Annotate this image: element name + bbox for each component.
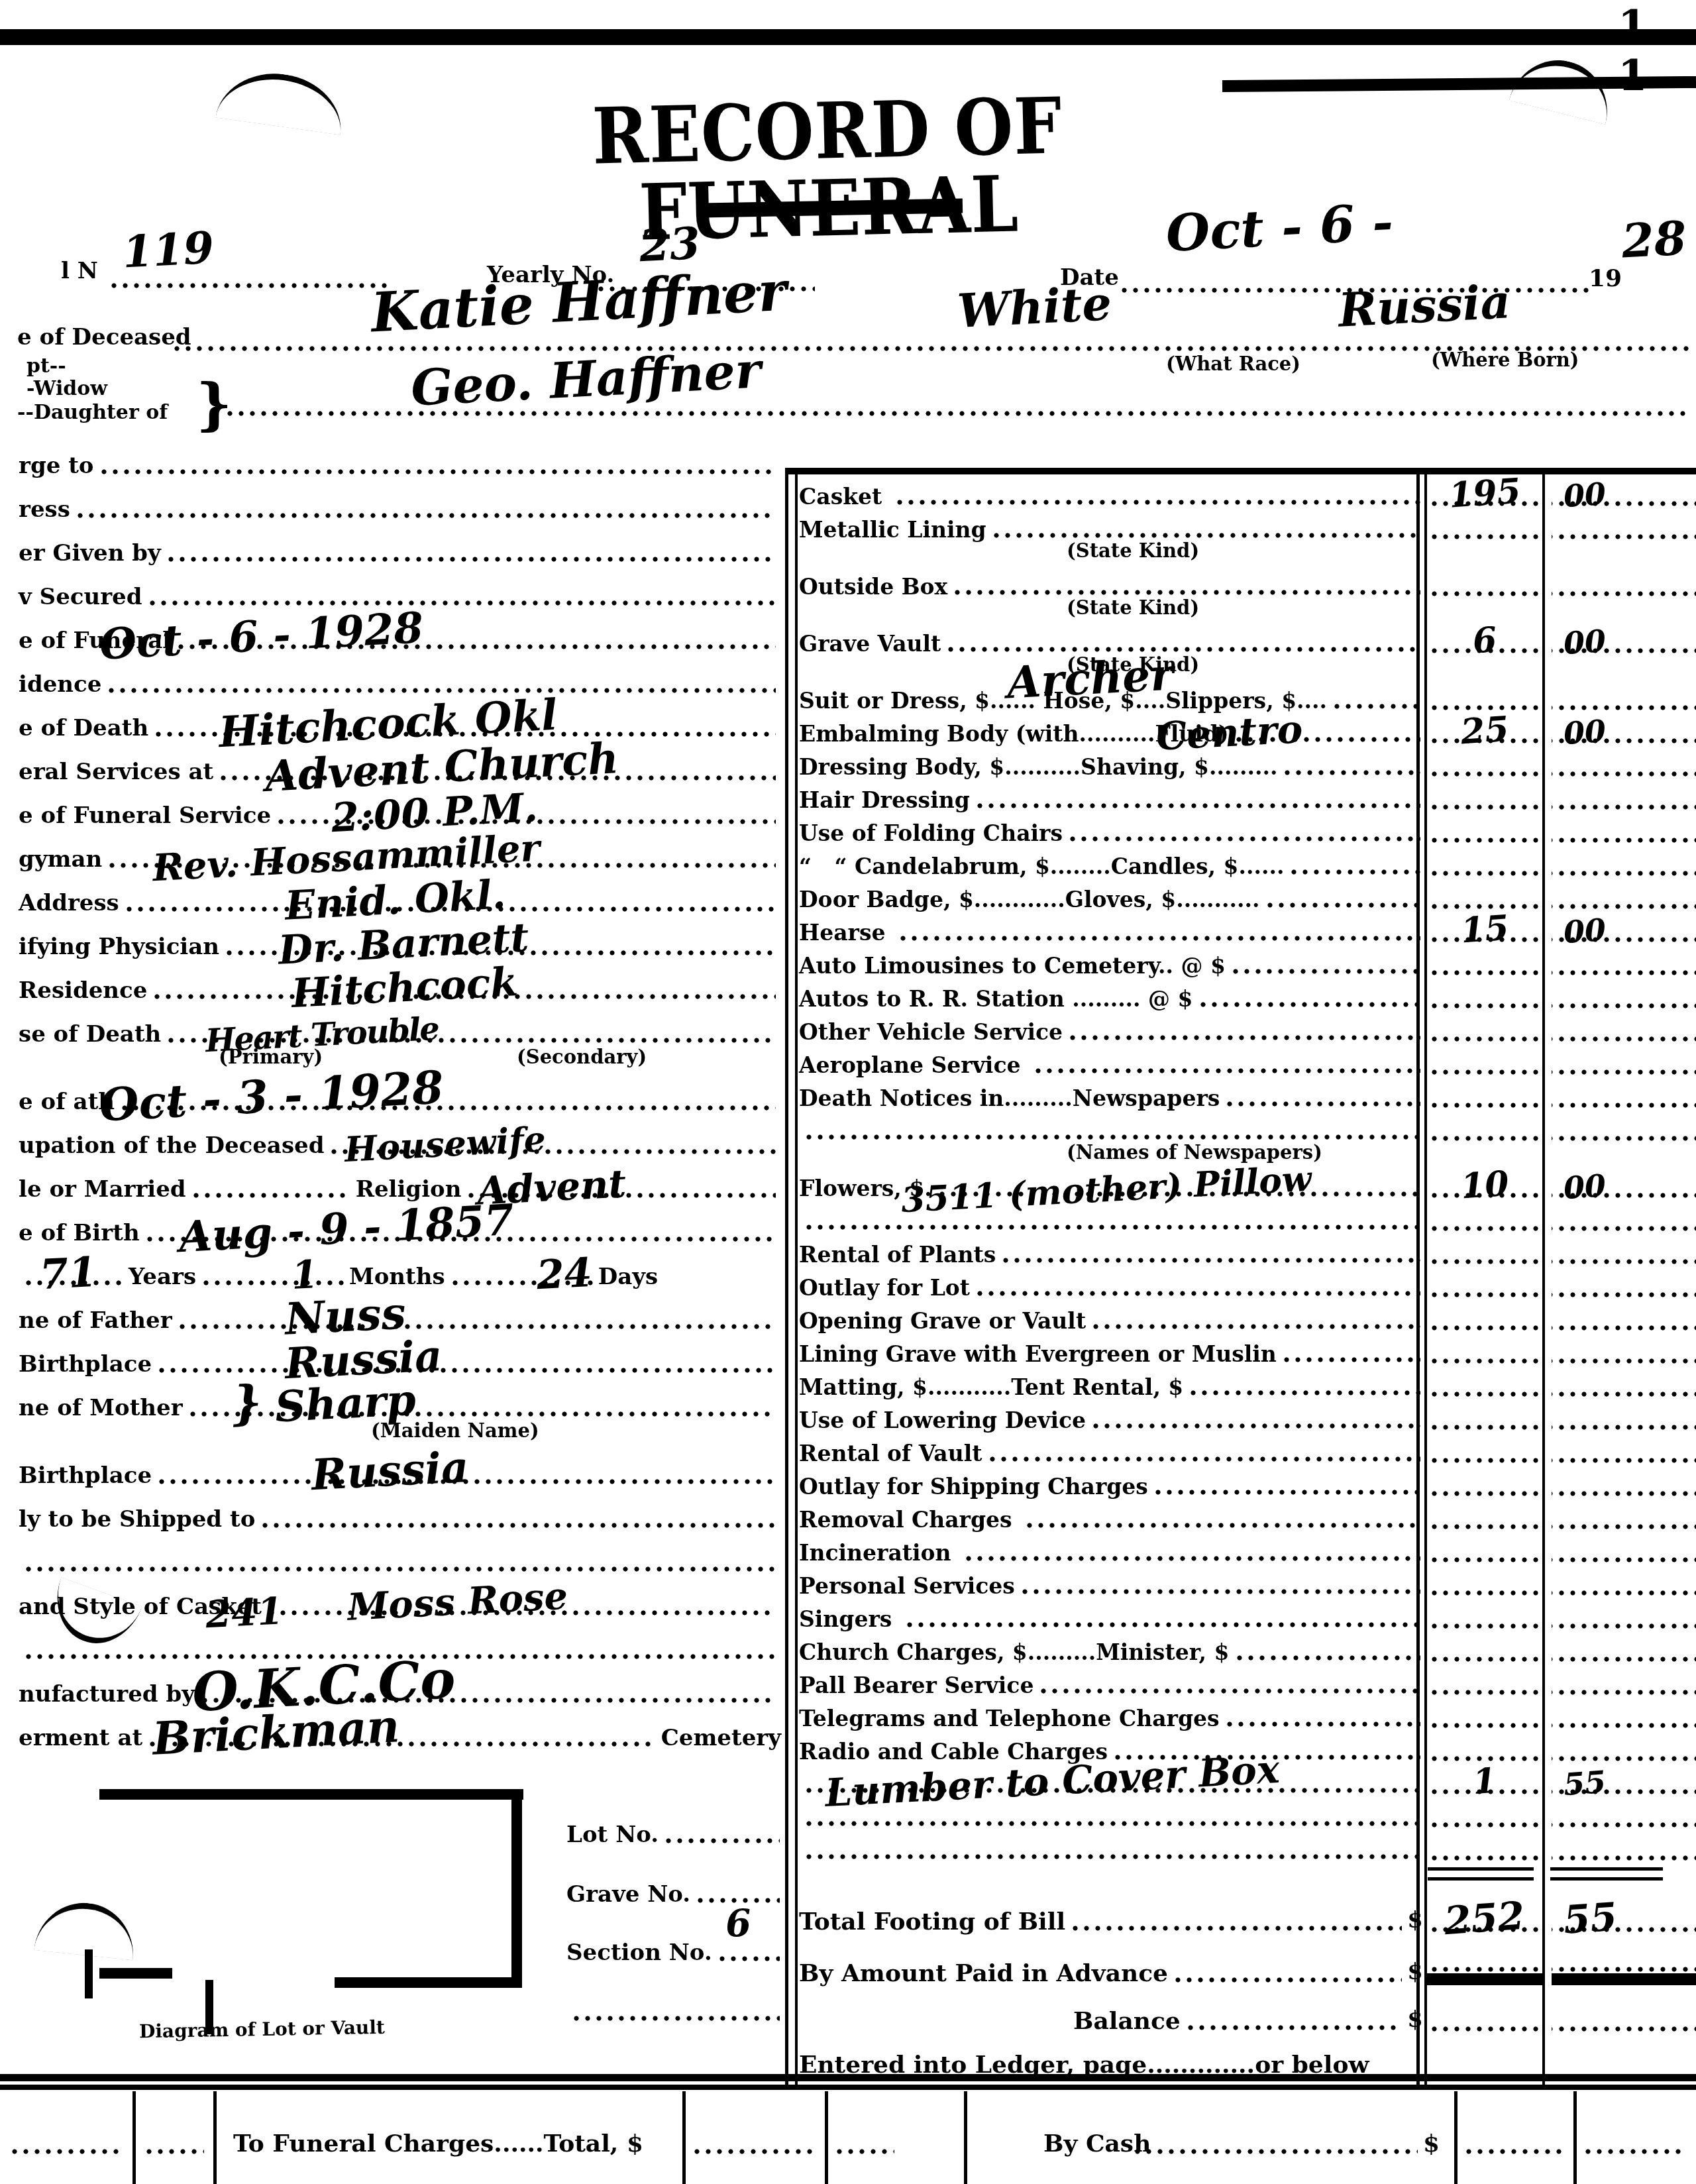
cents-column-rule bbox=[1542, 474, 1545, 2087]
dotted-leader bbox=[148, 599, 776, 607]
dotted-leader bbox=[692, 2148, 815, 2156]
dotted-leader bbox=[898, 934, 1420, 942]
diagram-line bbox=[99, 1968, 172, 1979]
charge-row: Outside Box (State Kind) bbox=[788, 565, 1696, 622]
field-physician-residence: ResidenceHitchcock bbox=[0, 958, 785, 1002]
field-date-of-funeral: e of FuneralOct - 6 - 1928 bbox=[0, 608, 785, 652]
dollars-cell bbox=[1426, 877, 1544, 910]
dollars-cell: 252 bbox=[1426, 1900, 1544, 1934]
total-cents: 55 bbox=[1562, 1901, 1618, 1936]
cell-divider bbox=[132, 2091, 136, 2184]
cents-cell: 55 bbox=[1552, 1763, 1696, 1796]
charge-line: Telegrams and Telephone Charges bbox=[788, 1696, 1696, 1729]
cents-value: 00 bbox=[1563, 719, 1607, 746]
dotted-leader bbox=[664, 1837, 780, 1845]
advance-label: By Amount Paid in Advance bbox=[788, 1961, 1168, 1985]
section-no-value: 6 bbox=[725, 1906, 753, 1941]
cents-cell bbox=[1552, 1010, 1696, 1043]
charge-line: Use of Folding Chairs bbox=[788, 811, 1696, 844]
dotted-leader bbox=[1283, 769, 1420, 777]
dollars-cell: 195 bbox=[1426, 474, 1544, 508]
field-address: ress bbox=[0, 477, 785, 521]
charge-label: Outlay for Shipping Charges bbox=[788, 1476, 1148, 1498]
charge-label: Rental of Plants bbox=[788, 1244, 996, 1266]
dollars-cell bbox=[1426, 2000, 1544, 2033]
dotted-leader bbox=[1025, 1521, 1420, 1529]
charge-line: Grave Vault 6 00 bbox=[788, 622, 1696, 655]
charge-row: Casket 195 00 bbox=[788, 474, 1696, 508]
dotted-leader bbox=[953, 588, 1420, 596]
cents-cell bbox=[1552, 1332, 1696, 1365]
yearly-no-value: 23 bbox=[639, 224, 702, 266]
cell-divider bbox=[964, 2091, 967, 2184]
scanned-funeral-record: 1 1 RECORD OF FUNERAL l N 119 Yearly No.… bbox=[0, 0, 1696, 2184]
charge-label: Dressing Body, $..........Shaving, $....… bbox=[788, 756, 1277, 778]
cents-cell bbox=[1552, 1464, 1696, 1498]
total-label: Total Footing of Bill bbox=[788, 1910, 1065, 1934]
dollars-cell: 6 bbox=[1426, 622, 1544, 655]
dotted-leader bbox=[1068, 1034, 1420, 1042]
cents-cell bbox=[1552, 1696, 1696, 1729]
column-rule bbox=[795, 474, 798, 2087]
cell-divider bbox=[682, 2091, 686, 2184]
dollars-value: 15 bbox=[1459, 914, 1509, 946]
balance-label: Balance bbox=[788, 2009, 1181, 2033]
dotted-leader bbox=[895, 498, 1420, 506]
dotted-leader bbox=[1225, 1100, 1420, 1108]
field-label: se of Death bbox=[19, 1023, 161, 1046]
dotted-leader bbox=[24, 1565, 776, 1573]
dollars-cell bbox=[1426, 1729, 1544, 1763]
field-mother-birthplace: BirthplaceRussia bbox=[0, 1443, 785, 1487]
dollars-cell bbox=[1426, 778, 1544, 811]
dotted-leader bbox=[144, 2148, 204, 2156]
charge-line: Singers bbox=[788, 1597, 1696, 1630]
charge-label: Church Charges, $.........Minister, $ bbox=[788, 1641, 1230, 1663]
dotted-leader bbox=[1153, 1488, 1420, 1496]
charge-line bbox=[788, 1109, 1696, 1142]
field-clergyman: gymanRev. Hossammiller bbox=[0, 827, 785, 871]
charge-handwritten: Archer bbox=[1006, 655, 1175, 702]
field-label: Address bbox=[19, 892, 119, 914]
field-label: erment at bbox=[19, 1727, 142, 1749]
dotted-leader bbox=[1265, 901, 1420, 909]
field-place-of-death: e of DeathHitchcock Okl bbox=[0, 696, 785, 739]
field-order-given-by: er Given by bbox=[0, 521, 785, 565]
charge-line: Other Vehicle Service bbox=[788, 1010, 1696, 1043]
dollars-cell bbox=[1426, 1109, 1544, 1142]
charge-label: Pall Bearer Service bbox=[788, 1674, 1033, 1696]
scan-artifact-mark bbox=[85, 1949, 93, 1998]
charge-label: Incineration bbox=[788, 1542, 959, 1564]
dollars-cell bbox=[1426, 1498, 1544, 1531]
charge-row: Suit or Dress, $...... Hose, $....Slippe… bbox=[788, 679, 1696, 712]
field-name-of-father: ne of FatherNuss bbox=[0, 1288, 785, 1332]
charge-label: Matting, $...........Tent Rental, $ bbox=[788, 1376, 1183, 1398]
dotted-leader bbox=[76, 512, 776, 519]
charge-line: Incineration bbox=[788, 1531, 1696, 1564]
dollars-cell bbox=[1426, 1564, 1544, 1597]
charge-line: Church Charges, $.........Minister, $ bbox=[788, 1630, 1696, 1663]
charge-label: “ “ Candelabrum, $........Candles, $....… bbox=[788, 855, 1284, 877]
field-label: idence bbox=[19, 673, 101, 696]
form-title: RECORD OF FUNERAL bbox=[426, 83, 1231, 256]
name-of-deceased-label: e of Deceased bbox=[17, 326, 191, 349]
charge-row: Outlay for Shipping Charges bbox=[788, 1464, 1696, 1498]
charge-label: Auto Limousines to Cemetery.. @ $ bbox=[788, 955, 1226, 977]
charge-line: “ “ Candelabrum, $........Candles, $....… bbox=[788, 844, 1696, 877]
charge-line bbox=[788, 1829, 1696, 1862]
dollars-cell bbox=[1426, 1076, 1544, 1109]
charge-row: Auto Limousines to Cemetery.. @ $ bbox=[788, 944, 1696, 977]
field-label: ifying Physician bbox=[19, 936, 219, 958]
dollars-cell bbox=[1426, 977, 1544, 1010]
charge-row: Telegrams and Telephone Charges bbox=[788, 1696, 1696, 1729]
charge-line: Use of Lowering Device bbox=[788, 1398, 1696, 1431]
charge-row: Use of Folding Chairs bbox=[788, 811, 1696, 844]
charge-line: Hair Dressing bbox=[788, 778, 1696, 811]
charge-row: Hearse 15 00 bbox=[788, 910, 1696, 944]
dollars-cell bbox=[1426, 811, 1544, 844]
charge-label: Casket bbox=[788, 486, 890, 508]
charge-label: Rental of Vault bbox=[788, 1443, 982, 1464]
field-label: Birthplace bbox=[19, 1464, 152, 1487]
dotted-leader bbox=[260, 1521, 776, 1529]
cents-cell bbox=[1552, 1109, 1696, 1142]
charge-label: Telegrams and Telephone Charges bbox=[788, 1708, 1220, 1729]
field-label: Residence bbox=[19, 979, 147, 1002]
dotted-leader bbox=[572, 2014, 780, 2022]
dotted-leader bbox=[804, 1133, 1420, 1141]
charge-line: Personal Services bbox=[788, 1564, 1696, 1597]
charge-caption: (State Kind) bbox=[788, 598, 1696, 622]
dollars-value: 1 bbox=[1471, 1767, 1497, 1796]
charge-label: Door Badge, $............Gloves, $......… bbox=[788, 889, 1260, 910]
charge-label: Personal Services bbox=[788, 1575, 1015, 1597]
dotted-leader bbox=[1039, 1687, 1420, 1695]
charge-line: Suit or Dress, $...... Hose, $....Slippe… bbox=[788, 679, 1696, 712]
field-label: e of Funeral Service bbox=[19, 804, 271, 827]
field-label: rge to bbox=[19, 455, 94, 477]
dotted-leader bbox=[10, 2148, 123, 2156]
dotted-leader bbox=[1071, 1924, 1402, 1932]
dotted-leader bbox=[975, 802, 1420, 810]
cents-cell bbox=[1552, 1829, 1696, 1862]
cents-cell bbox=[1552, 565, 1696, 598]
field-funeral-services-at: eral Services atAdvent Church bbox=[0, 739, 785, 783]
dotted-leader bbox=[905, 1621, 1420, 1629]
dollars-cell bbox=[1426, 1266, 1544, 1299]
date-year-value: 28 bbox=[1620, 217, 1687, 262]
charge-line: Lining Grave with Evergreen or Muslin bbox=[788, 1332, 1696, 1365]
charge-label: Outside Box bbox=[788, 576, 947, 598]
dotted-leader bbox=[166, 555, 776, 563]
cents-cell: 00 bbox=[1552, 622, 1696, 655]
cents-cell bbox=[1552, 1266, 1696, 1299]
dotted-leader bbox=[1173, 1976, 1402, 1984]
ledger-row: Entered into Ledger, page.............or… bbox=[788, 2033, 1696, 2077]
dotted-leader bbox=[988, 1455, 1421, 1463]
charge-label: Outlay for Lot bbox=[788, 1277, 970, 1299]
cents-cell bbox=[1552, 1729, 1696, 1763]
cents-cell bbox=[1552, 1663, 1696, 1696]
dollars-cell: 10 bbox=[1426, 1166, 1544, 1199]
mother-brace: } bbox=[231, 1381, 262, 1424]
dotted-leader bbox=[99, 468, 776, 476]
charge-row: Outlay for Lot bbox=[788, 1266, 1696, 1299]
cents-cell bbox=[1552, 1531, 1696, 1564]
field-interment-at: erment atCemeteryBrickman bbox=[0, 1706, 785, 1749]
name-of-deceased-value: Katie Haffner bbox=[370, 268, 788, 339]
cents-cell bbox=[1552, 1498, 1696, 1531]
charges-list: Casket 195 00 Metallic Lining bbox=[788, 474, 1696, 1862]
field-date-of-death: e of athOct - 3 - 1928 bbox=[0, 1069, 785, 1113]
diagram-line bbox=[511, 1789, 522, 1988]
charge-label: Grave Vault bbox=[788, 633, 941, 655]
cents-cell bbox=[1552, 679, 1696, 712]
blank-dotted-row bbox=[566, 1993, 785, 2024]
dollars-cell bbox=[1426, 1940, 1544, 1985]
charge-label: Aeroplane Service bbox=[788, 1054, 1028, 1076]
dotted-leader bbox=[964, 1555, 1420, 1562]
field-handwritten: Sharp bbox=[274, 1382, 417, 1427]
dotted-leader bbox=[107, 686, 776, 694]
date-value: Oct - 6 - bbox=[1165, 199, 1394, 256]
dollars-cell bbox=[1426, 1597, 1544, 1630]
charge-label: Use of Lowering Device bbox=[788, 1409, 1086, 1431]
amount-column-rule bbox=[1424, 474, 1427, 2087]
charge-label: Singers bbox=[788, 1608, 900, 1630]
field-label: eral Services at bbox=[19, 761, 213, 783]
dotted-leader bbox=[178, 1323, 776, 1331]
dotted-leader bbox=[1091, 1323, 1420, 1331]
cell-divider bbox=[825, 2091, 828, 2184]
cents-cell: 00 bbox=[1552, 910, 1696, 944]
charge-row: Embalming Body (with..........Fluid) 25 … bbox=[788, 712, 1696, 745]
dollars-cell bbox=[1426, 1365, 1544, 1398]
dollars-cell bbox=[1426, 1043, 1544, 1076]
dotted-leader bbox=[1225, 1720, 1420, 1728]
field-certifying-physician: ifying PhysicianDr. Barnett bbox=[0, 914, 785, 958]
cents-cell bbox=[1552, 1597, 1696, 1630]
dotted-leader bbox=[1001, 1256, 1420, 1264]
dotted-leader bbox=[1235, 1654, 1420, 1662]
serial-no-value: 119 bbox=[122, 228, 215, 272]
where-born-caption: (Where Born) bbox=[1431, 349, 1579, 371]
charge-row: Aeroplane Service bbox=[788, 1043, 1696, 1076]
cents-cell bbox=[1552, 1431, 1696, 1464]
years-label: Years bbox=[129, 1266, 196, 1288]
dotted-leader bbox=[804, 1223, 1420, 1231]
dollars-value: 195 bbox=[1448, 478, 1521, 510]
field-label: nufactured by bbox=[19, 1683, 195, 1706]
charge-row: Metallic Lining (State Kind) bbox=[788, 508, 1696, 565]
total-footing-row: Total Footing of Bill $ 252 55 bbox=[788, 1882, 1696, 1934]
charge-row: Rental of Vault bbox=[788, 1431, 1696, 1464]
cell-divider bbox=[213, 2091, 217, 2184]
scan-artifact-arc bbox=[1509, 50, 1618, 125]
dotted-leader bbox=[1289, 868, 1420, 876]
cents-cell bbox=[1552, 977, 1696, 1010]
cell-divider bbox=[1454, 2091, 1457, 2184]
dotted-leader bbox=[835, 2148, 894, 2156]
field-label: Lot No. bbox=[566, 1824, 659, 1846]
where-born-value: Russia bbox=[1338, 280, 1512, 331]
field-label: le or Married bbox=[19, 1178, 186, 1201]
religion-label: Religion bbox=[356, 1178, 462, 1201]
race-value: White bbox=[957, 282, 1113, 332]
balance-row: Balance $ bbox=[788, 1985, 1696, 2033]
cents-cell bbox=[1552, 1076, 1696, 1109]
charge-row: “ “ Candelabrum, $........Candles, $....… bbox=[788, 844, 1696, 877]
dotted-leader bbox=[1020, 1588, 1420, 1596]
charge-row: Grave Vault 6 00 (State Kind) Archer bbox=[788, 622, 1696, 679]
charge-row: Autos to R. R. Station ......... @ $ bbox=[788, 977, 1696, 1010]
dollars-cell bbox=[1426, 1431, 1544, 1464]
dollars-cell bbox=[1426, 1663, 1544, 1696]
dotted-leader bbox=[992, 531, 1420, 539]
charge-row bbox=[788, 1829, 1696, 1862]
charge-row: Matting, $...........Tent Rental, $ bbox=[788, 1365, 1696, 1398]
dollars-value: 6 bbox=[1471, 626, 1497, 655]
dollars-cell bbox=[1426, 844, 1544, 877]
ledger-label: Entered into Ledger, page.............or… bbox=[788, 2053, 1369, 2077]
field-label: Grave No. bbox=[566, 1883, 690, 1906]
charge-label: Death Notices in.........Newspapers bbox=[788, 1087, 1220, 1109]
field-label: er Given by bbox=[19, 542, 161, 565]
field-name-of-mother: ne of Mother}Sharp bbox=[0, 1376, 785, 1419]
cents-value: 00 bbox=[1563, 629, 1607, 656]
charge-handwritten: Centro bbox=[1155, 712, 1304, 754]
charge-line: Hearse 15 00 bbox=[788, 910, 1696, 944]
charge-label: Autos to R. R. Station ......... @ $ bbox=[788, 988, 1193, 1010]
dotted-leader bbox=[804, 1820, 1420, 1828]
double-rule bbox=[1428, 1867, 1534, 1881]
field-label: ne of Father bbox=[19, 1309, 172, 1332]
dotted-leader bbox=[1282, 1356, 1420, 1364]
field-label: gyman bbox=[19, 848, 102, 871]
charge-row: Door Badge, $............Gloves, $......… bbox=[788, 877, 1696, 910]
field-manufactured-by: nufactured byO.K.C.Co bbox=[0, 1662, 785, 1706]
field-label: e of Death bbox=[19, 717, 148, 739]
field-label: e of Birth bbox=[19, 1222, 140, 1244]
field-handwritten: Brickman bbox=[152, 1706, 401, 1760]
relation-fragment: pt-- bbox=[26, 356, 66, 376]
dollars-cell bbox=[1426, 1398, 1544, 1431]
dollars-cell bbox=[1426, 1531, 1544, 1564]
charge-line: Casket 195 00 bbox=[788, 474, 1696, 508]
cents-cell bbox=[1552, 1398, 1696, 1431]
dotted-leader bbox=[1186, 2024, 1403, 2032]
dollars-cell bbox=[1426, 1696, 1544, 1729]
dotted-leader bbox=[1583, 2148, 1683, 2156]
dollars-value: 10 bbox=[1459, 1170, 1509, 1201]
cents-value: 00 bbox=[1563, 1174, 1607, 1201]
field-grave-no: Grave No. bbox=[566, 1875, 785, 1906]
charge-label: Lining Grave with Evergreen or Muslin bbox=[788, 1343, 1277, 1365]
dotted-leader bbox=[201, 1279, 344, 1287]
charge-line: Rental of Plants bbox=[788, 1232, 1696, 1266]
charge-row: Flowers, $. 10 00 3511 (mother) Pillow bbox=[788, 1166, 1696, 1199]
dotted-leader bbox=[109, 282, 388, 290]
cemetery-label: Cemetery bbox=[661, 1727, 781, 1749]
relation-brace: } bbox=[196, 371, 232, 437]
field-date-of-birth: e of BirthAug - 9 - 1857 bbox=[0, 1201, 785, 1244]
dollars-cell bbox=[1426, 565, 1544, 598]
charge-row: Hair Dressing bbox=[788, 778, 1696, 811]
cents-cell: 00 bbox=[1552, 712, 1696, 745]
charges-column: Casket 195 00 Metallic Lining bbox=[785, 468, 1696, 2087]
field-label: upation of the Deceased bbox=[19, 1134, 324, 1157]
relation-value: Geo. Haffner bbox=[410, 349, 763, 411]
field-label: ress bbox=[19, 498, 70, 521]
secondary-caption: (Secondary) bbox=[517, 1046, 647, 1068]
scan-artifact-arc bbox=[215, 66, 347, 135]
charge-row: Opening Grave or Vault bbox=[788, 1299, 1696, 1332]
cell-divider bbox=[1573, 2091, 1577, 2184]
charge-row: Personal Services bbox=[788, 1564, 1696, 1597]
dotted-leader bbox=[1133, 2148, 1418, 2156]
dotted-leader bbox=[1198, 1001, 1420, 1009]
charge-line: Metallic Lining bbox=[788, 508, 1696, 541]
charge-row: Death Notices in.........Newspapers bbox=[788, 1076, 1696, 1109]
by-cash-dollar-sign: $ bbox=[1423, 2130, 1440, 2157]
field-label: ly to be Shipped to bbox=[19, 1508, 255, 1531]
charge-line: Rental of Vault bbox=[788, 1431, 1696, 1464]
dotted-leader bbox=[191, 1191, 350, 1199]
dollars-cell bbox=[1426, 1829, 1544, 1862]
field-label: ne of Mother bbox=[19, 1397, 183, 1419]
charge-line: Opening Grave or Vault bbox=[788, 1299, 1696, 1332]
left-column: rge to ress er Given by v Secured e of F… bbox=[0, 433, 785, 1749]
cents-cell: 55 bbox=[1552, 1900, 1696, 1934]
dotted-leader bbox=[804, 1853, 1420, 1861]
dollar-sign: $ bbox=[1407, 1959, 1423, 1985]
charge-label: Hearse bbox=[788, 922, 893, 944]
dollars-cell bbox=[1426, 1332, 1544, 1365]
field-label: Birthplace bbox=[19, 1353, 152, 1376]
field-lot-no: Lot No. bbox=[566, 1816, 785, 1846]
amount-column-rule bbox=[1416, 474, 1420, 2087]
serial-no-label: l N bbox=[61, 260, 98, 282]
charge-line: Outside Box bbox=[788, 565, 1696, 598]
field-section-no: Section No. bbox=[566, 1934, 785, 1964]
cents-cell bbox=[1552, 1043, 1696, 1076]
charge-row: Other Vehicle Service bbox=[788, 1010, 1696, 1043]
charge-line: Auto Limousines to Cemetery.. @ $ bbox=[788, 944, 1696, 977]
charge-line: Outlay for Shipping Charges bbox=[788, 1464, 1696, 1498]
cents-cell bbox=[1552, 1630, 1696, 1663]
charge-label: Hair Dressing bbox=[788, 789, 970, 811]
dotted-leader bbox=[1189, 1389, 1420, 1397]
paid-in-advance-row: By Amount Paid in Advance $ bbox=[788, 1934, 1696, 1985]
dollars-cell bbox=[1426, 1232, 1544, 1266]
field-label: v Secured bbox=[19, 586, 142, 608]
dollar-sign: $ bbox=[1407, 2006, 1423, 2033]
total-dollars: 252 bbox=[1444, 1900, 1526, 1936]
charge-label: Opening Grave or Vault bbox=[788, 1310, 1086, 1332]
cents-cell bbox=[1552, 1365, 1696, 1398]
charge-line: Outlay for Lot bbox=[788, 1266, 1696, 1299]
cents-cell bbox=[1552, 1940, 1696, 1985]
relation-daughter-label: --Daughter of bbox=[17, 403, 168, 423]
dotted-leader bbox=[1068, 835, 1420, 843]
field-handwritten: Nuss bbox=[284, 1293, 407, 1339]
what-race-caption: (What Race) bbox=[1166, 353, 1300, 375]
cents-value: 55 bbox=[1563, 1770, 1607, 1797]
field-handwritten: Russia bbox=[284, 1337, 443, 1384]
dollars-cell bbox=[1426, 1630, 1544, 1663]
